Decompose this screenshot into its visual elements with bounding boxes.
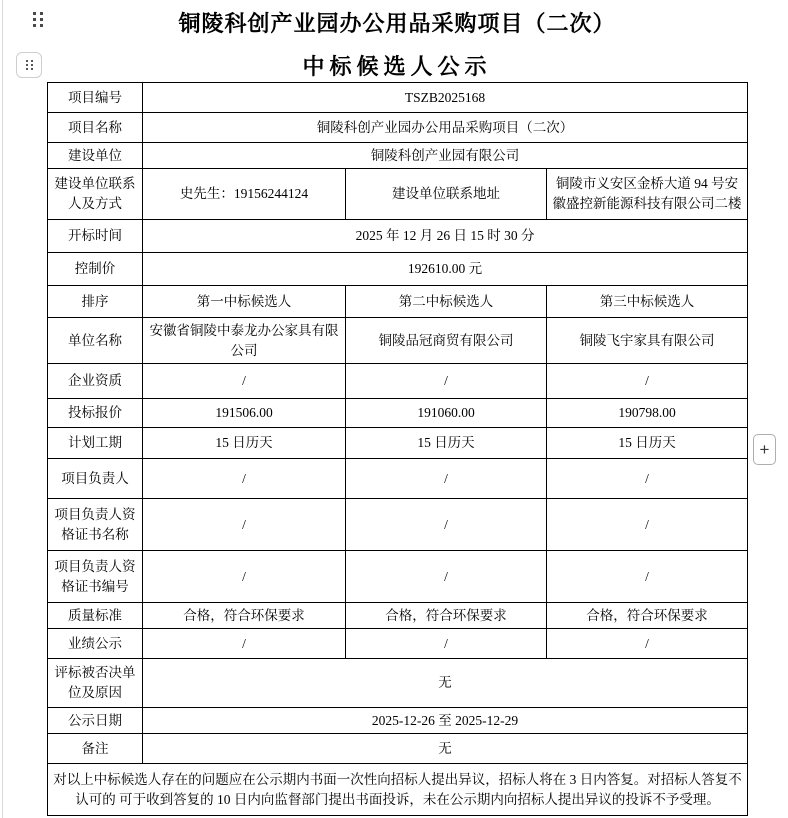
cell-label: 项目负责人资格证书编号 [48,551,143,603]
cell-label: 排序 [48,286,143,318]
six-dot-grid-icon [26,60,33,70]
cell-label: 计划工期 [48,428,143,459]
row-planned-duration: 计划工期 15 日历天 15 日历天 15 日历天 [48,428,748,459]
row-publicity-date: 公示日期 2025-12-26 至 2025-12-29 [48,708,748,734]
cell-candidate-2: 15 日历天 [346,428,547,459]
cell-candidate-1: / [143,459,346,499]
canvas-left-border [2,0,3,818]
cell-candidate-1: 191506.00 [143,399,346,428]
row-rejected-bidders: 评标被否决单位及原因 无 [48,659,748,708]
row-project-name: 项目名称 铜陵科创产业园办公用品采购项目（二次） [48,113,748,143]
cell-candidate-3: / [547,364,748,399]
cell-label: 企业资质 [48,364,143,399]
cell-label: 业绩公示 [48,629,143,659]
cell-candidate-2: / [346,499,547,551]
cell-label: 建设单位联系人及方式 [48,169,143,220]
row-objection-notice: 对以上中标候选人存在的问题应在公示期内书面一次性向招标人提出异议，招标人将在 3… [48,764,748,816]
objection-notice-text: 对以上中标候选人存在的问题应在公示期内书面一次性向招标人提出异议，招标人将在 3… [48,764,748,816]
row-control-price: 控制价 192610.00 元 [48,253,748,286]
bid-candidates-table: 项目编号 TSZB2025168 项目名称 铜陵科创产业园办公用品采购项目（二次… [47,82,748,816]
cell-candidate-2: / [346,364,547,399]
cell-value: 2025-12-26 至 2025-12-29 [143,708,748,734]
row-ranking: 排序 第一中标候选人 第二中标候选人 第三中标候选人 [48,286,748,318]
cell-label: 开标时间 [48,220,143,253]
cell-candidate-2: / [346,459,547,499]
cell-value: TSZB2025168 [143,83,748,113]
row-company-name: 单位名称 安徽省铜陵中泰龙办公家具有限公司 铜陵品冠商贸有限公司 铜陵飞宇家具有… [48,318,748,364]
cell-candidate-3: / [547,459,748,499]
row-quality-standard: 质量标准 合格，符合环保要求 合格，符合环保要求 合格，符合环保要求 [48,603,748,629]
plus-icon: + [760,440,770,460]
cell-value: 铜陵科创产业园有限公司 [143,143,748,169]
cell-candidate-3: 铜陵飞宇家具有限公司 [547,318,748,364]
paragraph-drag-handle-icon[interactable] [33,12,43,27]
cell-candidate-1: / [143,629,346,659]
cell-candidate-1: 第一中标候选人 [143,286,346,318]
cell-label: 项目名称 [48,113,143,143]
cell-candidate-1: / [143,364,346,399]
cell-candidate-2: 第二中标候选人 [346,286,547,318]
cell-candidate-3: 15 日历天 [547,428,748,459]
cell-candidate-1: 15 日历天 [143,428,346,459]
cell-candidate-2: 191060.00 [346,399,547,428]
cell-candidate-3: 第三中标候选人 [547,286,748,318]
cell-candidate-3: 合格，符合环保要求 [547,603,748,629]
cell-candidate-2: 合格，符合环保要求 [346,603,547,629]
cell-label: 项目编号 [48,83,143,113]
cell-candidate-3: / [547,551,748,603]
cell-candidate-2: / [346,629,547,659]
row-owner-contact: 建设单位联系人及方式 史先生：19156244124 建设单位联系地址 铜陵市义… [48,169,748,220]
cell-label: 项目负责人资格证书名称 [48,499,143,551]
cell-label: 单位名称 [48,318,143,364]
cell-label: 质量标准 [48,603,143,629]
cell-candidate-1: 合格，符合环保要求 [143,603,346,629]
row-project-number: 项目编号 TSZB2025168 [48,83,748,113]
cell-label: 公示日期 [48,708,143,734]
row-performance-publicity: 业绩公示 / / / [48,629,748,659]
cell-value: 2025 年 12 月 26 日 15 时 30 分 [143,220,748,253]
row-manager-certificate-number: 项目负责人资格证书编号 / / / [48,551,748,603]
cell-value: 铜陵科创产业园办公用品采购项目（二次） [143,113,748,143]
row-manager-certificate-name: 项目负责人资格证书名称 / / / [48,499,748,551]
row-owner-unit: 建设单位 铜陵科创产业园有限公司 [48,143,748,169]
cell-candidate-3: 190798.00 [547,399,748,428]
cell-candidate-3: / [547,499,748,551]
cell-label: 评标被否决单位及原因 [48,659,143,708]
cell-label: 项目负责人 [48,459,143,499]
cell-candidate-1: 安徽省铜陵中泰龙办公家具有限公司 [143,318,346,364]
cell-candidate-1: / [143,551,346,603]
cell-address-label: 建设单位联系地址 [346,169,547,220]
cell-label: 备注 [48,734,143,764]
cell-contact: 史先生：19156244124 [143,169,346,220]
cell-value: 192610.00 元 [143,253,748,286]
cell-candidate-2: 铜陵品冠商贸有限公司 [346,318,547,364]
cell-value: 无 [143,734,748,764]
cell-address: 铜陵市义安区金桥大道 94 号安徽盛控新能源科技有限公司二楼 [547,169,748,220]
row-remarks: 备注 无 [48,734,748,764]
block-drag-handle-button[interactable] [16,52,42,78]
cell-label: 投标报价 [48,399,143,428]
row-bid-price: 投标报价 191506.00 191060.00 190798.00 [48,399,748,428]
cell-candidate-3: / [547,629,748,659]
cell-label: 控制价 [48,253,143,286]
cell-candidate-1: / [143,499,346,551]
row-project-manager: 项目负责人 / / / [48,459,748,499]
page-subtitle: 中标候选人公示 [47,50,747,81]
row-bid-opening-time: 开标时间 2025 年 12 月 26 日 15 时 30 分 [48,220,748,253]
page-title: 铜陵科创产业园办公用品采购项目（二次） [47,7,747,38]
cell-value: 无 [143,659,748,708]
cell-candidate-2: / [346,551,547,603]
row-enterprise-qualification: 企业资质 / / / [48,364,748,399]
cell-label: 建设单位 [48,143,143,169]
add-column-button[interactable]: + [753,434,776,465]
